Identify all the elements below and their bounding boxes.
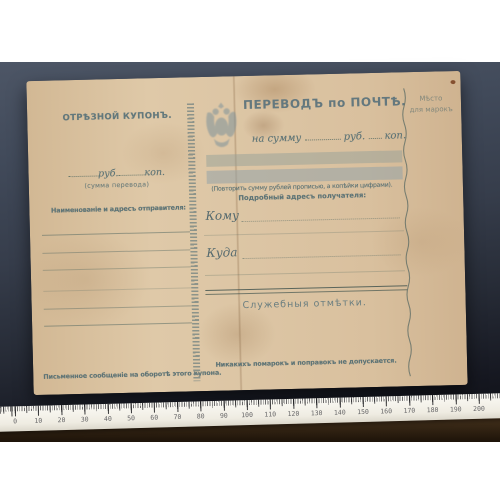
form-title: ПЕРЕВОДЪ по ПОЧТѢ. — [243, 94, 401, 112]
coupon-footer-note: Письменное сообщеніе на оборотѣ этого ку… — [43, 369, 203, 381]
ruler-number: 70 — [173, 413, 181, 421]
photo-background: ОТРѢЗНОЙ КУПОНЪ. руб.коп. (сумма перевод… — [0, 62, 500, 442]
ruler-number: 170 — [403, 407, 415, 415]
coupon-sender-label: Наименованіе и адресъ отправителя: — [39, 203, 197, 215]
no-corrections-warning: Никакихъ помарокъ и поправокъ не допуска… — [203, 356, 409, 369]
sum-prefix: на сумму — [252, 133, 302, 145]
main-form-section: ПЕРЕВОДЪ по ПОЧТѢ. на сумму руб. коп. (П… — [196, 72, 409, 391]
writing-line — [204, 230, 404, 236]
ruler-number: 20 — [58, 416, 66, 424]
ruler-number: 10 — [34, 417, 42, 425]
ruler-number: 90 — [220, 412, 228, 420]
double-headed-eagle-icon — [203, 102, 240, 151]
writing-line — [42, 231, 190, 235]
sum-row: на сумму руб. коп. — [252, 129, 402, 145]
writing-line — [42, 249, 190, 253]
section-double-rule — [205, 285, 407, 295]
ruler-number: 180 — [427, 406, 439, 414]
where-label: Куда — [206, 245, 237, 260]
ruler-number: 130 — [311, 409, 323, 417]
ruler-number: 110 — [264, 410, 276, 418]
writing-line — [242, 217, 400, 222]
sum-blank — [368, 130, 381, 139]
writing-line — [44, 322, 192, 326]
ruler-number: 60 — [150, 414, 158, 422]
writing-line — [243, 254, 401, 259]
amount-entry-band — [206, 150, 402, 167]
coupon-amount-row: руб.коп. — [58, 166, 174, 181]
ruler-number: 190 — [450, 405, 462, 413]
stamp-column: Мѣсто для марокъ — [402, 71, 465, 386]
coupon-title: ОТРѢЗНОЙ КУПОНЪ. — [61, 111, 173, 124]
kop-label: коп. — [144, 167, 165, 178]
stamp-area-label: Мѣсто для марокъ — [405, 93, 458, 116]
ruler-number: 80 — [197, 412, 205, 420]
ruler-number: 120 — [287, 410, 299, 418]
writing-line — [44, 305, 192, 309]
ruler-number: 160 — [380, 407, 392, 415]
screenshot: ОТРѢЗНОЙ КУПОНЪ. руб.коп. (сумма перевод… — [0, 0, 500, 500]
rub-label: руб. — [98, 168, 119, 179]
coupon-amount-caption: (сумма перевода) — [53, 180, 181, 191]
writing-line — [43, 266, 191, 270]
ruler-number: 150 — [357, 408, 369, 416]
ruler-number: 40 — [104, 415, 112, 423]
ruler-number: 200 — [473, 405, 485, 413]
amount-blank — [118, 166, 144, 176]
writing-line — [43, 287, 191, 291]
stamp-label-line2: для марокъ — [405, 104, 457, 116]
ruler-number: 50 — [127, 414, 135, 422]
rub-label: руб. — [344, 131, 366, 143]
postal-form-card: ОТРѢЗНОЙ КУПОНЪ. руб.коп. (сумма перевод… — [26, 71, 467, 395]
ruler-number: 140 — [334, 408, 346, 416]
amount-blank — [68, 167, 98, 177]
ruler-number: 30 — [81, 415, 89, 423]
ruler-number: 0 — [13, 417, 17, 425]
sum-blank — [304, 131, 340, 141]
service-marks-label: Служебныя отмѣтки. — [202, 296, 408, 312]
ruler-number: 100 — [241, 411, 253, 419]
to-whom-label: Кому — [205, 208, 239, 223]
writing-line — [205, 270, 405, 276]
